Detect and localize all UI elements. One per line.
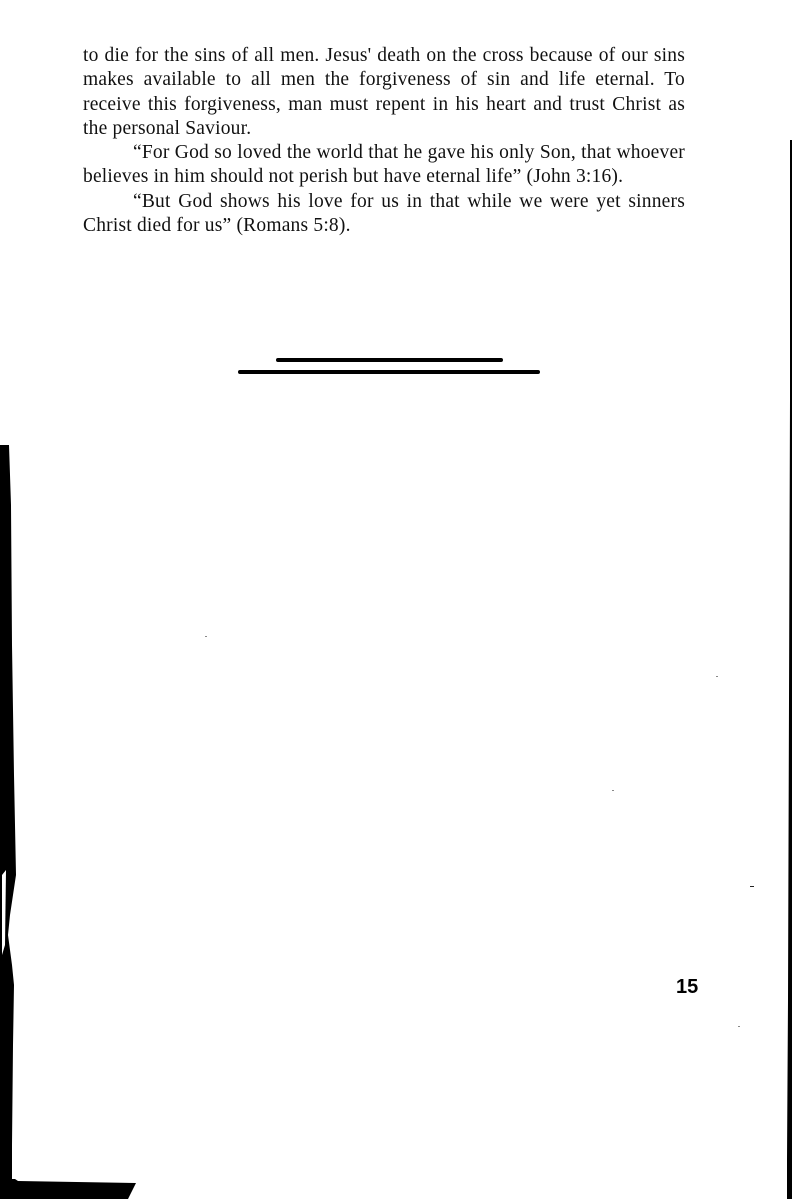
scan-speck — [738, 1026, 740, 1027]
paragraph-forgiveness: to die for the sins of all men. Jesus' d… — [83, 44, 685, 141]
page-number: 15 — [676, 976, 698, 999]
paragraph-john-3-16: “For God so loved the world that he gave… — [83, 141, 685, 190]
scan-edge-bottom-shadow — [0, 1179, 140, 1199]
scan-edge-right-shadow — [786, 0, 792, 1199]
scan-speck — [205, 636, 207, 637]
scan-speck — [750, 886, 754, 887]
paragraph-romans-5-8: “But God shows his love for us in that w… — [83, 190, 685, 239]
section-divider-short — [276, 358, 503, 362]
scan-speck — [716, 676, 718, 677]
section-divider-long — [238, 370, 540, 374]
page-body-text: to die for the sins of all men. Jesus' d… — [83, 44, 685, 238]
scan-speck — [612, 790, 614, 791]
